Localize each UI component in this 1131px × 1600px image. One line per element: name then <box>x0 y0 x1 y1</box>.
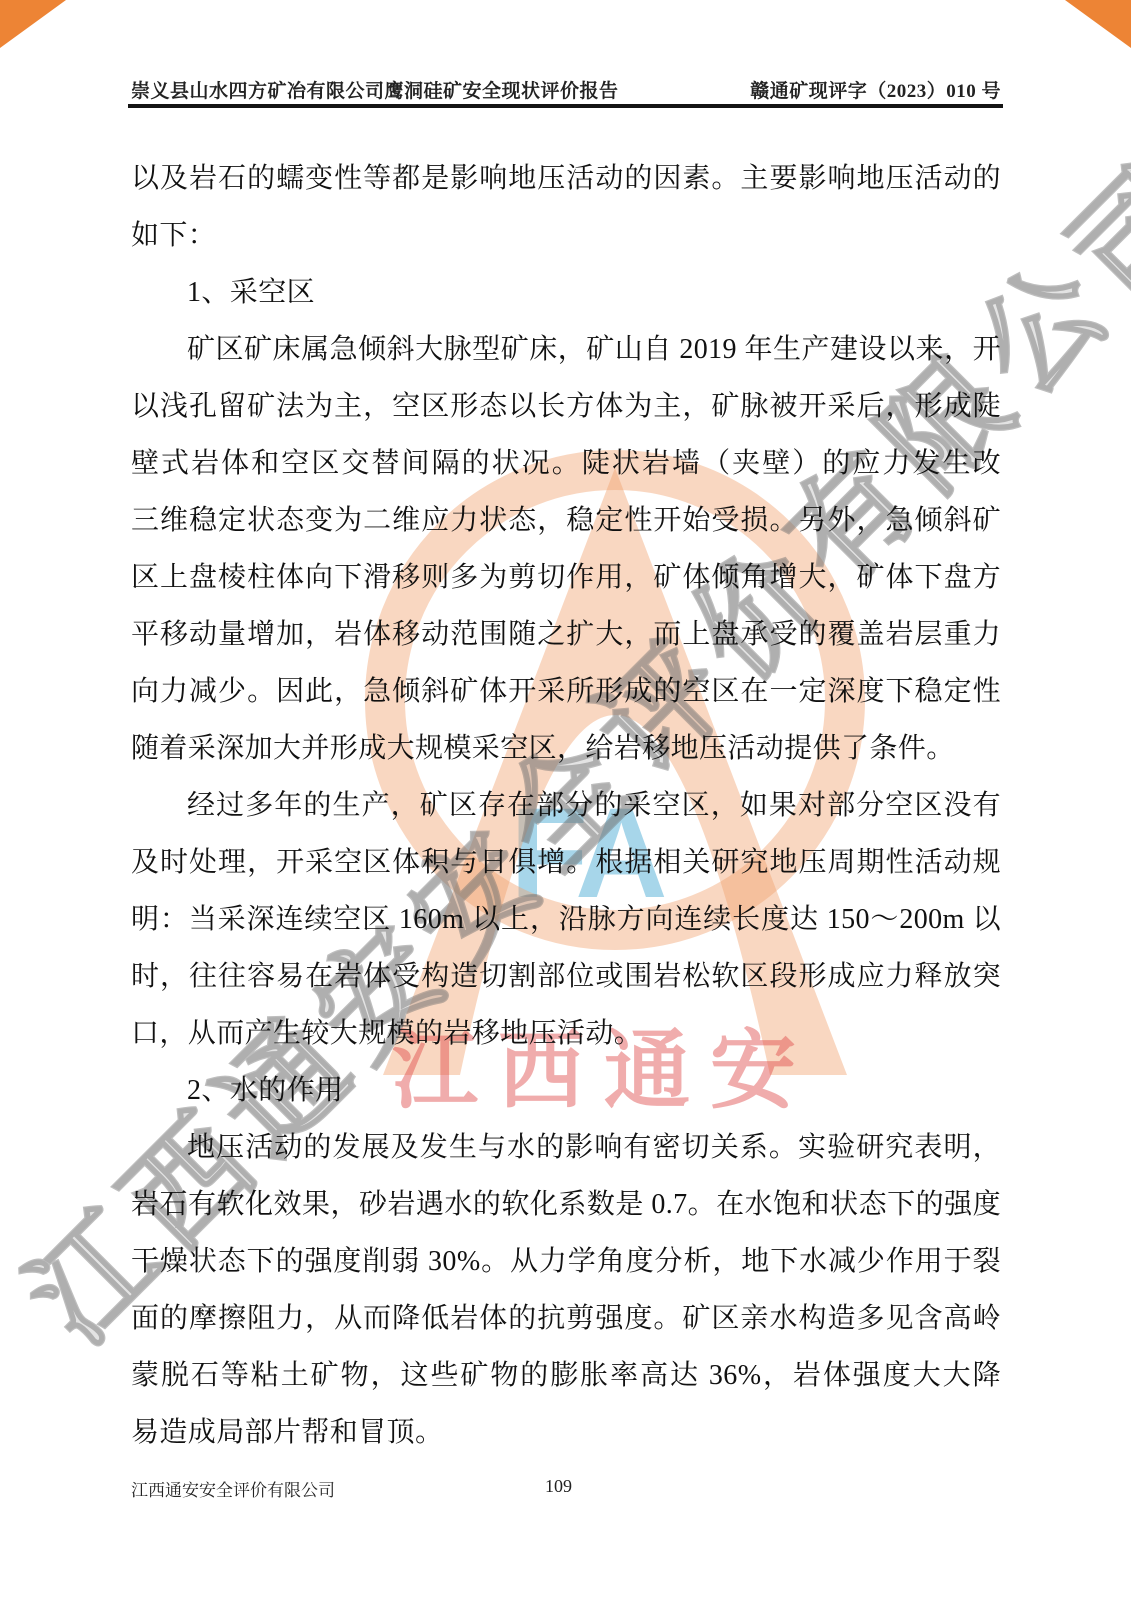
body-text-line: 易造成局部片帮和冒顶。 <box>131 1404 1001 1461</box>
body-text-line: 随着采深加大并形成大规模采空区，给岩移地压活动提供了条件。 <box>131 720 1001 777</box>
page-corner-fold-right <box>1065 0 1131 48</box>
page-footer: 江西通安安全评价有限公司 109 <box>131 1476 1001 1500</box>
body-text-line: 蒙脱石等粘土矿物，这些矿物的膨胀率高达 36%，岩体强度大大降低，极 <box>131 1347 1001 1404</box>
body-text-line: 向力减少。因此，急倾斜矿体开采所形成的空区在一定深度下稳定性较好， <box>131 663 1001 720</box>
header-report-title: 崇义县山水四方矿冶有限公司鹰洞硅矿安全现状评价报告 <box>131 76 619 103</box>
body-text-line: 平移动量增加，岩体移动范围随之扩大，而上盘承受的覆盖岩层重力的法 <box>131 606 1001 663</box>
body-text-line: 2、水的作用 <box>131 1062 1001 1119</box>
footer-company-name: 江西通安安全评价有限公司 <box>131 1476 335 1501</box>
body-text-line: 地压活动的发展及发生与水的影响有密切关系。实验研究表明，水对 <box>131 1119 1001 1176</box>
page-number: 109 <box>545 1476 572 1497</box>
body-text-line: 壁式岩体和空区交替间隔的状况。陡状岩墙（夹壁）的应力发生改变，由 <box>131 435 1001 492</box>
body-text-line: 1、采空区 <box>131 264 1001 321</box>
document-page: { "header": { "left": "崇义县山水四方矿冶有限公司鹰洞硅矿… <box>0 0 1131 1600</box>
body-text-line: 以及岩石的蠕变性等都是影响地压活动的因素。主要影响地压活动的因素 <box>131 150 1001 207</box>
body-text-line: 矿区矿床属急倾斜大脉型矿床，矿山自 2019 年生产建设以来，开采 <box>131 321 1001 378</box>
body-text-line: 岩石有软化效果，砂岩遇水的软化系数是 0.7。在水饱和状态下的强度比 <box>131 1176 1001 1233</box>
body-text-line: 及时处理，开采空区体积与日俱增。根据相关研究地压周期性活动规律表 <box>131 834 1001 891</box>
body-text-line: 面的摩擦阻力，从而降低岩体的抗剪强度。矿区亲水构造多见含高岭土、 <box>131 1290 1001 1347</box>
body-text-line: 干燥状态下的强度削弱 30%。从力学角度分析，地下水减少作用于裂隙表 <box>131 1233 1001 1290</box>
header-rule <box>128 104 1003 108</box>
page-corner-fold-left <box>0 0 66 48</box>
body-text-line: 口，从而产生较大规模的岩移地压活动。 <box>131 1005 1001 1062</box>
body-text-block: 以及岩石的蠕变性等都是影响地压活动的因素。主要影响地压活动的因素如下：1、采空区… <box>131 150 1001 1461</box>
body-text-line: 区上盘棱柱体向下滑移则多为剪切作用，矿体倾角增大，矿体下盘方向水 <box>131 549 1001 606</box>
body-text-line: 以浅孔留矿法为主，空区形态以长方体为主，矿脉被开采后，形成陡状板 <box>131 378 1001 435</box>
body-text-line: 时，往往容易在岩体受构造切割部位或围岩松软区段形成应力释放突破 <box>131 948 1001 1005</box>
body-text-line: 如下： <box>131 207 1001 264</box>
body-text-line: 经过多年的生产，矿区存在部分的采空区，如果对部分空区没有进行 <box>131 777 1001 834</box>
body-text-line: 三维稳定状态变为二维应力状态，稳定性开始受损。另外，急倾斜矿体空 <box>131 492 1001 549</box>
page-header: 崇义县山水四方矿冶有限公司鹰洞硅矿安全现状评价报告 赣通矿现评字（2023）01… <box>131 76 1001 102</box>
header-document-number: 赣通矿现评字（2023）010 号 <box>750 76 1001 103</box>
body-text-line: 明：当采深连续空区 160m 以上，沿脉方向连续长度达 150～200m 以上 <box>131 891 1001 948</box>
